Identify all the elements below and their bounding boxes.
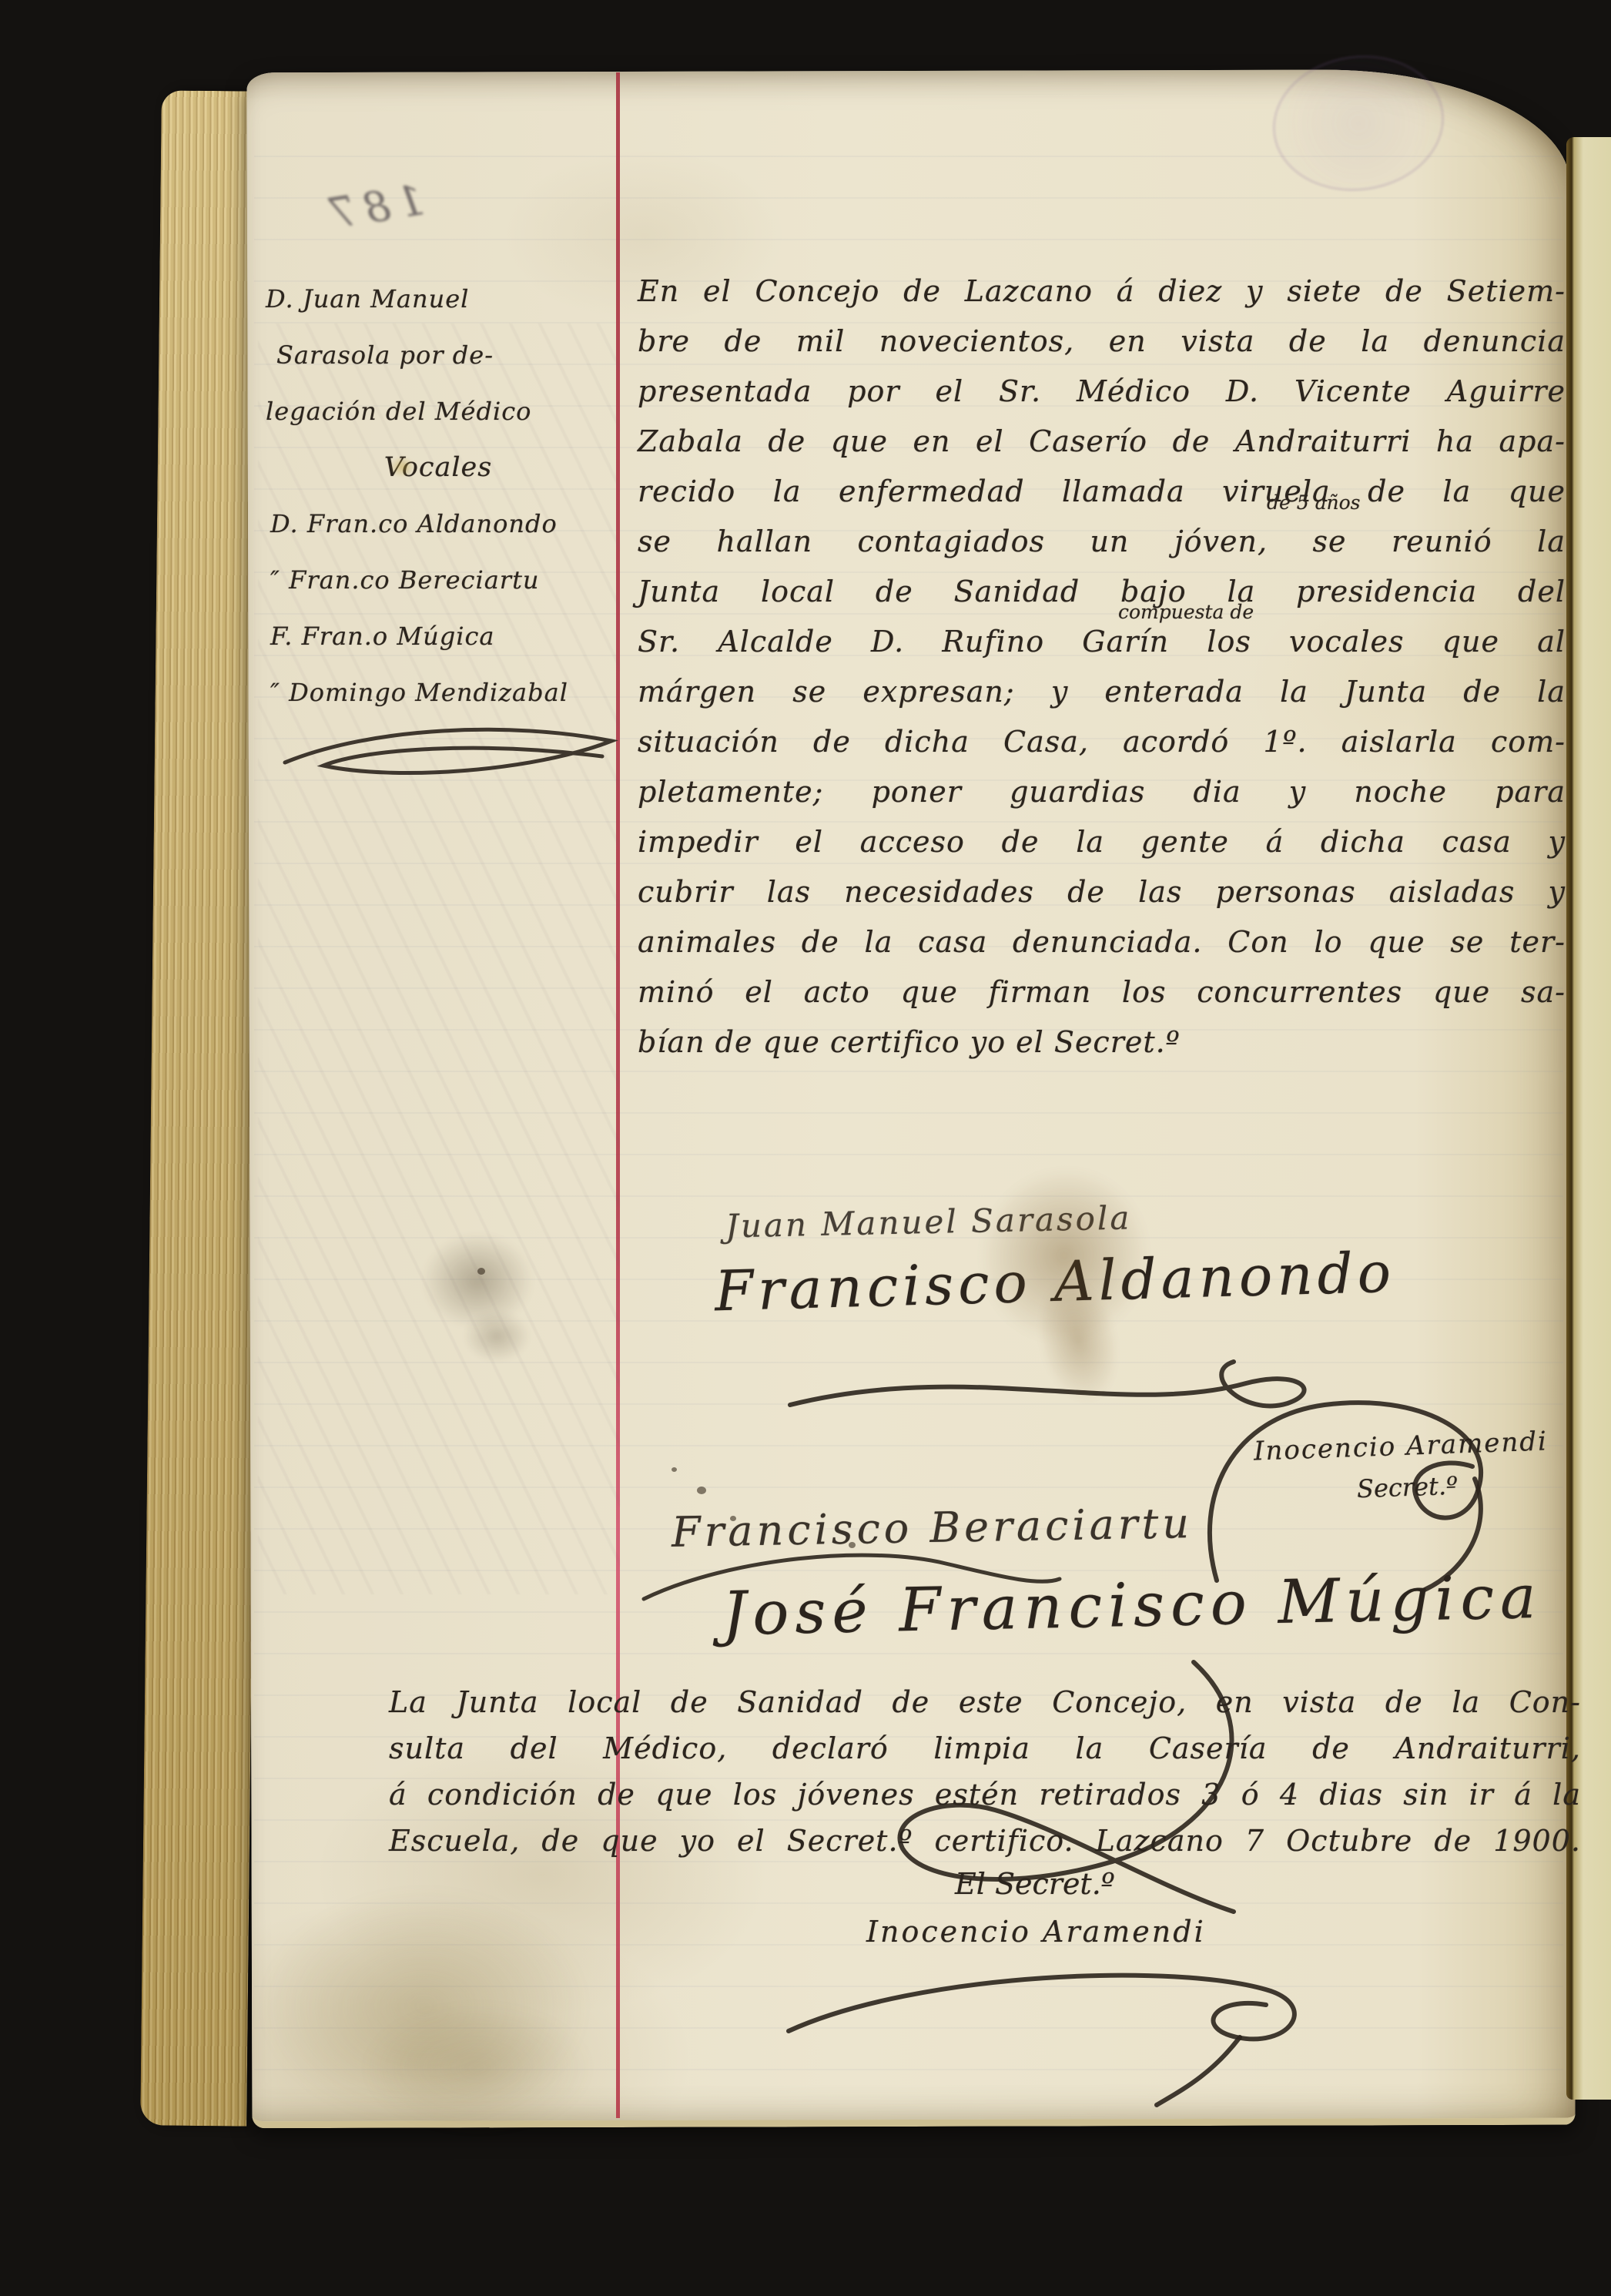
margin-line: D. Fran.co Aldanondo bbox=[266, 496, 611, 552]
closing-line: sulta del Médico, declaró limpia la Case… bbox=[389, 1725, 1581, 1771]
ink-spatter-dot bbox=[477, 1268, 485, 1275]
rubric-flourish-final bbox=[778, 1960, 1332, 2114]
manuscript-line: Zabala de que en el Caserío de Andraitur… bbox=[638, 417, 1566, 467]
act-body-text: En el Concejo de Lazcano á diez y siete … bbox=[638, 266, 1566, 1068]
manuscript-line: recido la enfermedad llamada viruela de … bbox=[638, 467, 1566, 517]
margin-line: ″ Domingo Mendizabal bbox=[266, 665, 611, 721]
rubric-flourish-margin bbox=[279, 715, 633, 799]
manuscript-line: animales de la casa denunciada. Con lo q… bbox=[638, 917, 1566, 967]
closing-note: La Junta local de Sanidad de este Concej… bbox=[389, 1679, 1581, 1864]
closing-line: La Junta local de Sanidad de este Concej… bbox=[389, 1679, 1581, 1725]
closing-line: á condición de que los jóvenes estén ret… bbox=[389, 1771, 1581, 1818]
ink-spatter-dot bbox=[697, 1487, 706, 1494]
manuscript-line: pletamente; poner guardias dia y noche p… bbox=[638, 767, 1566, 817]
margin-line: Vocales bbox=[266, 440, 611, 496]
margin-vocales-list: D. Juan ManuelSarasola por de-legación d… bbox=[266, 271, 611, 721]
margin-line: F. Fran.o Múgica bbox=[266, 608, 611, 665]
manuscript-line: cubrir las necesidades de las personas a… bbox=[638, 867, 1566, 917]
margin-line: Sarasola por de- bbox=[266, 327, 611, 384]
manuscript-line: márgen se expresan; y enterada la Junta … bbox=[638, 667, 1566, 717]
margin-line: D. Juan Manuel bbox=[266, 271, 611, 327]
closing-secretary-title: El Secret.º bbox=[955, 1867, 1115, 1901]
ink-spatter-dot bbox=[730, 1516, 736, 1521]
manuscript-line: minó el acto que firman los concurrentes… bbox=[638, 967, 1566, 1017]
margin-line: ″ Fran.co Bereciartu bbox=[266, 552, 611, 608]
manuscript-line: Junta local de Sanidad bajo la presidenc… bbox=[638, 567, 1566, 617]
interline-note-age: de 5 años bbox=[1267, 491, 1360, 514]
ink-spatter-dot bbox=[672, 1467, 677, 1472]
manuscript-line: situación de dicha Casa, acordó 1º. aisl… bbox=[638, 717, 1566, 767]
closing-secretary-name: Inocencio Aramendi bbox=[866, 1915, 1206, 1949]
manuscript-line: impedir el acceso de la gente á dicha ca… bbox=[638, 817, 1566, 867]
margin-line: legación del Médico bbox=[266, 384, 611, 440]
manuscript-line: presentada por el Sr. Médico D. Vicente … bbox=[638, 367, 1566, 417]
ink-spatter-dot bbox=[849, 1542, 856, 1548]
photo-backdrop: 187 D. Juan ManuelSarasola por de-legaci… bbox=[0, 0, 1611, 2296]
manuscript-line: se hallan contagiados un jóven, se reuni… bbox=[638, 517, 1566, 567]
interline-note-composed: compuesta de bbox=[1118, 601, 1254, 623]
manuscript-line: En el Concejo de Lazcano á diez y siete … bbox=[638, 266, 1566, 317]
closing-line: Escuela, de que yo el Secret.º certifico… bbox=[389, 1818, 1581, 1864]
manuscript-line: Sr. Alcalde D. Rufino Garín los vocales … bbox=[638, 617, 1566, 667]
manuscript-line: bre de mil novecientos, en vista de la d… bbox=[638, 317, 1566, 367]
manuscript-line: bían de que certifico yo el Secret.º bbox=[638, 1017, 1566, 1068]
